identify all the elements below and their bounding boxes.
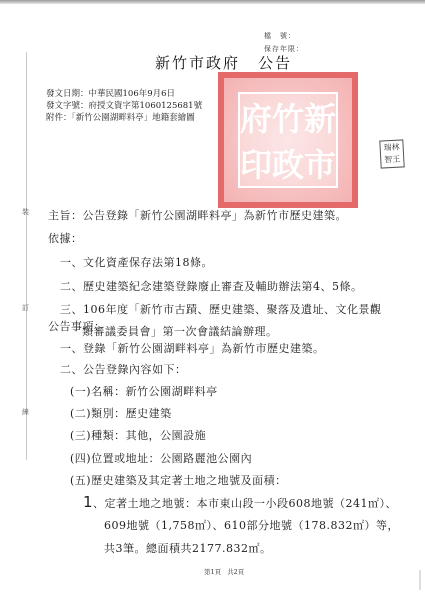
page-title: 新竹市政府公告 [155,52,292,73]
subject-line: 主旨：公告登錄「新竹公園湖畔料亭」為新竹市歷史建築。 [48,207,347,223]
attachment: 附件：「新竹公園湖畔料亭」地籍套繪圖 [46,111,195,123]
seal-char: 市 [304,140,336,186]
basis-item: 三、106年度「新竹市古蹟、歷史建築、聚落及遺址、文化景觀 [60,301,382,317]
document-page: 裝 訂 線 檔 號： 保存年限： 新竹市政府公告 發文日期：中華民國106年9月… [0,0,425,600]
binding-mark-ding: 訂 [22,303,29,313]
seal-char: 政 [272,140,304,186]
sub-item-type: (三)種類：其他，公園設施 [70,427,206,443]
file-number-label: 檔 號： [264,31,296,41]
basis-item: 一、文化資產保存法第18條。 [60,254,213,270]
numbered-item-1-line-3: 共3筆。總面積共2177.832㎡。 [104,540,271,556]
binding-margin-line [26,52,27,460]
basis-heading: 依據： [48,230,83,246]
numbered-item-1-line-2: 609地號（1,758㎡）、610部分地號（178.832㎡）等， [104,517,399,533]
page-total: 共2頁 [227,568,244,576]
seal-char: 竹 [272,94,304,140]
binding-mark-xian: 線 [22,407,29,417]
notice-item: 一、登錄「新竹公園湖畔料亭」為新竹市歷史建築。 [60,340,325,356]
scan-edge [419,570,421,590]
sub-item-location: (四)位置或地址：公園路麗池公園內 [70,450,252,466]
notice-heading: 公告事項： [48,318,106,334]
notice-item: 二、公告登錄內容如下： [60,361,187,377]
scan-edge-shadow [0,0,425,4]
official-seal: 府 竹 新 印 政 市 [218,72,358,208]
sub-item-category: (二)類別：歷史建築 [70,405,172,421]
sub-item-land: (五)歷史建築及其定著土地之地號及面積： [70,472,287,488]
seal-inner: 府 竹 新 印 政 市 [238,92,338,188]
seal-char: 府 [240,94,272,140]
seal-char: 新 [304,94,336,140]
mayor-signature-seal: 瑞 林 智 王 [379,139,404,168]
seal-char: 林 [391,142,400,154]
seal-char: 王 [392,154,401,166]
seal-char: 印 [240,140,272,186]
document-type: 公告 [258,54,292,72]
issue-number: 發文字號：府授文資字第1060125681號 [46,99,202,111]
basis-item: 二、歷史建築紀念建築登錄廢止審查及輔助辦法第4、5條。 [60,278,363,294]
item-number: 1 [83,493,93,511]
item-text: 、定著土地之地號：本市東山段一小段608地號（241㎡）、 [93,497,397,510]
page-footer: 第1頁共2頁 [204,567,244,576]
sub-item-name: (一)名稱：新竹公園湖畔料亭 [70,383,218,399]
binding-mark-zhuang: 裝 [22,207,29,217]
page-number: 第1頁 [204,568,221,576]
basis-item-continued: 類審議委員會」第一次會議結論辦理。 [82,323,278,339]
numbered-item-1: 1、定著土地之地號：本市東山段一小段608地號（241㎡）、 [83,493,397,511]
agency-name: 新竹市政府 [155,54,240,72]
issue-date: 發文日期：中華民國106年9月6日 [46,87,175,99]
